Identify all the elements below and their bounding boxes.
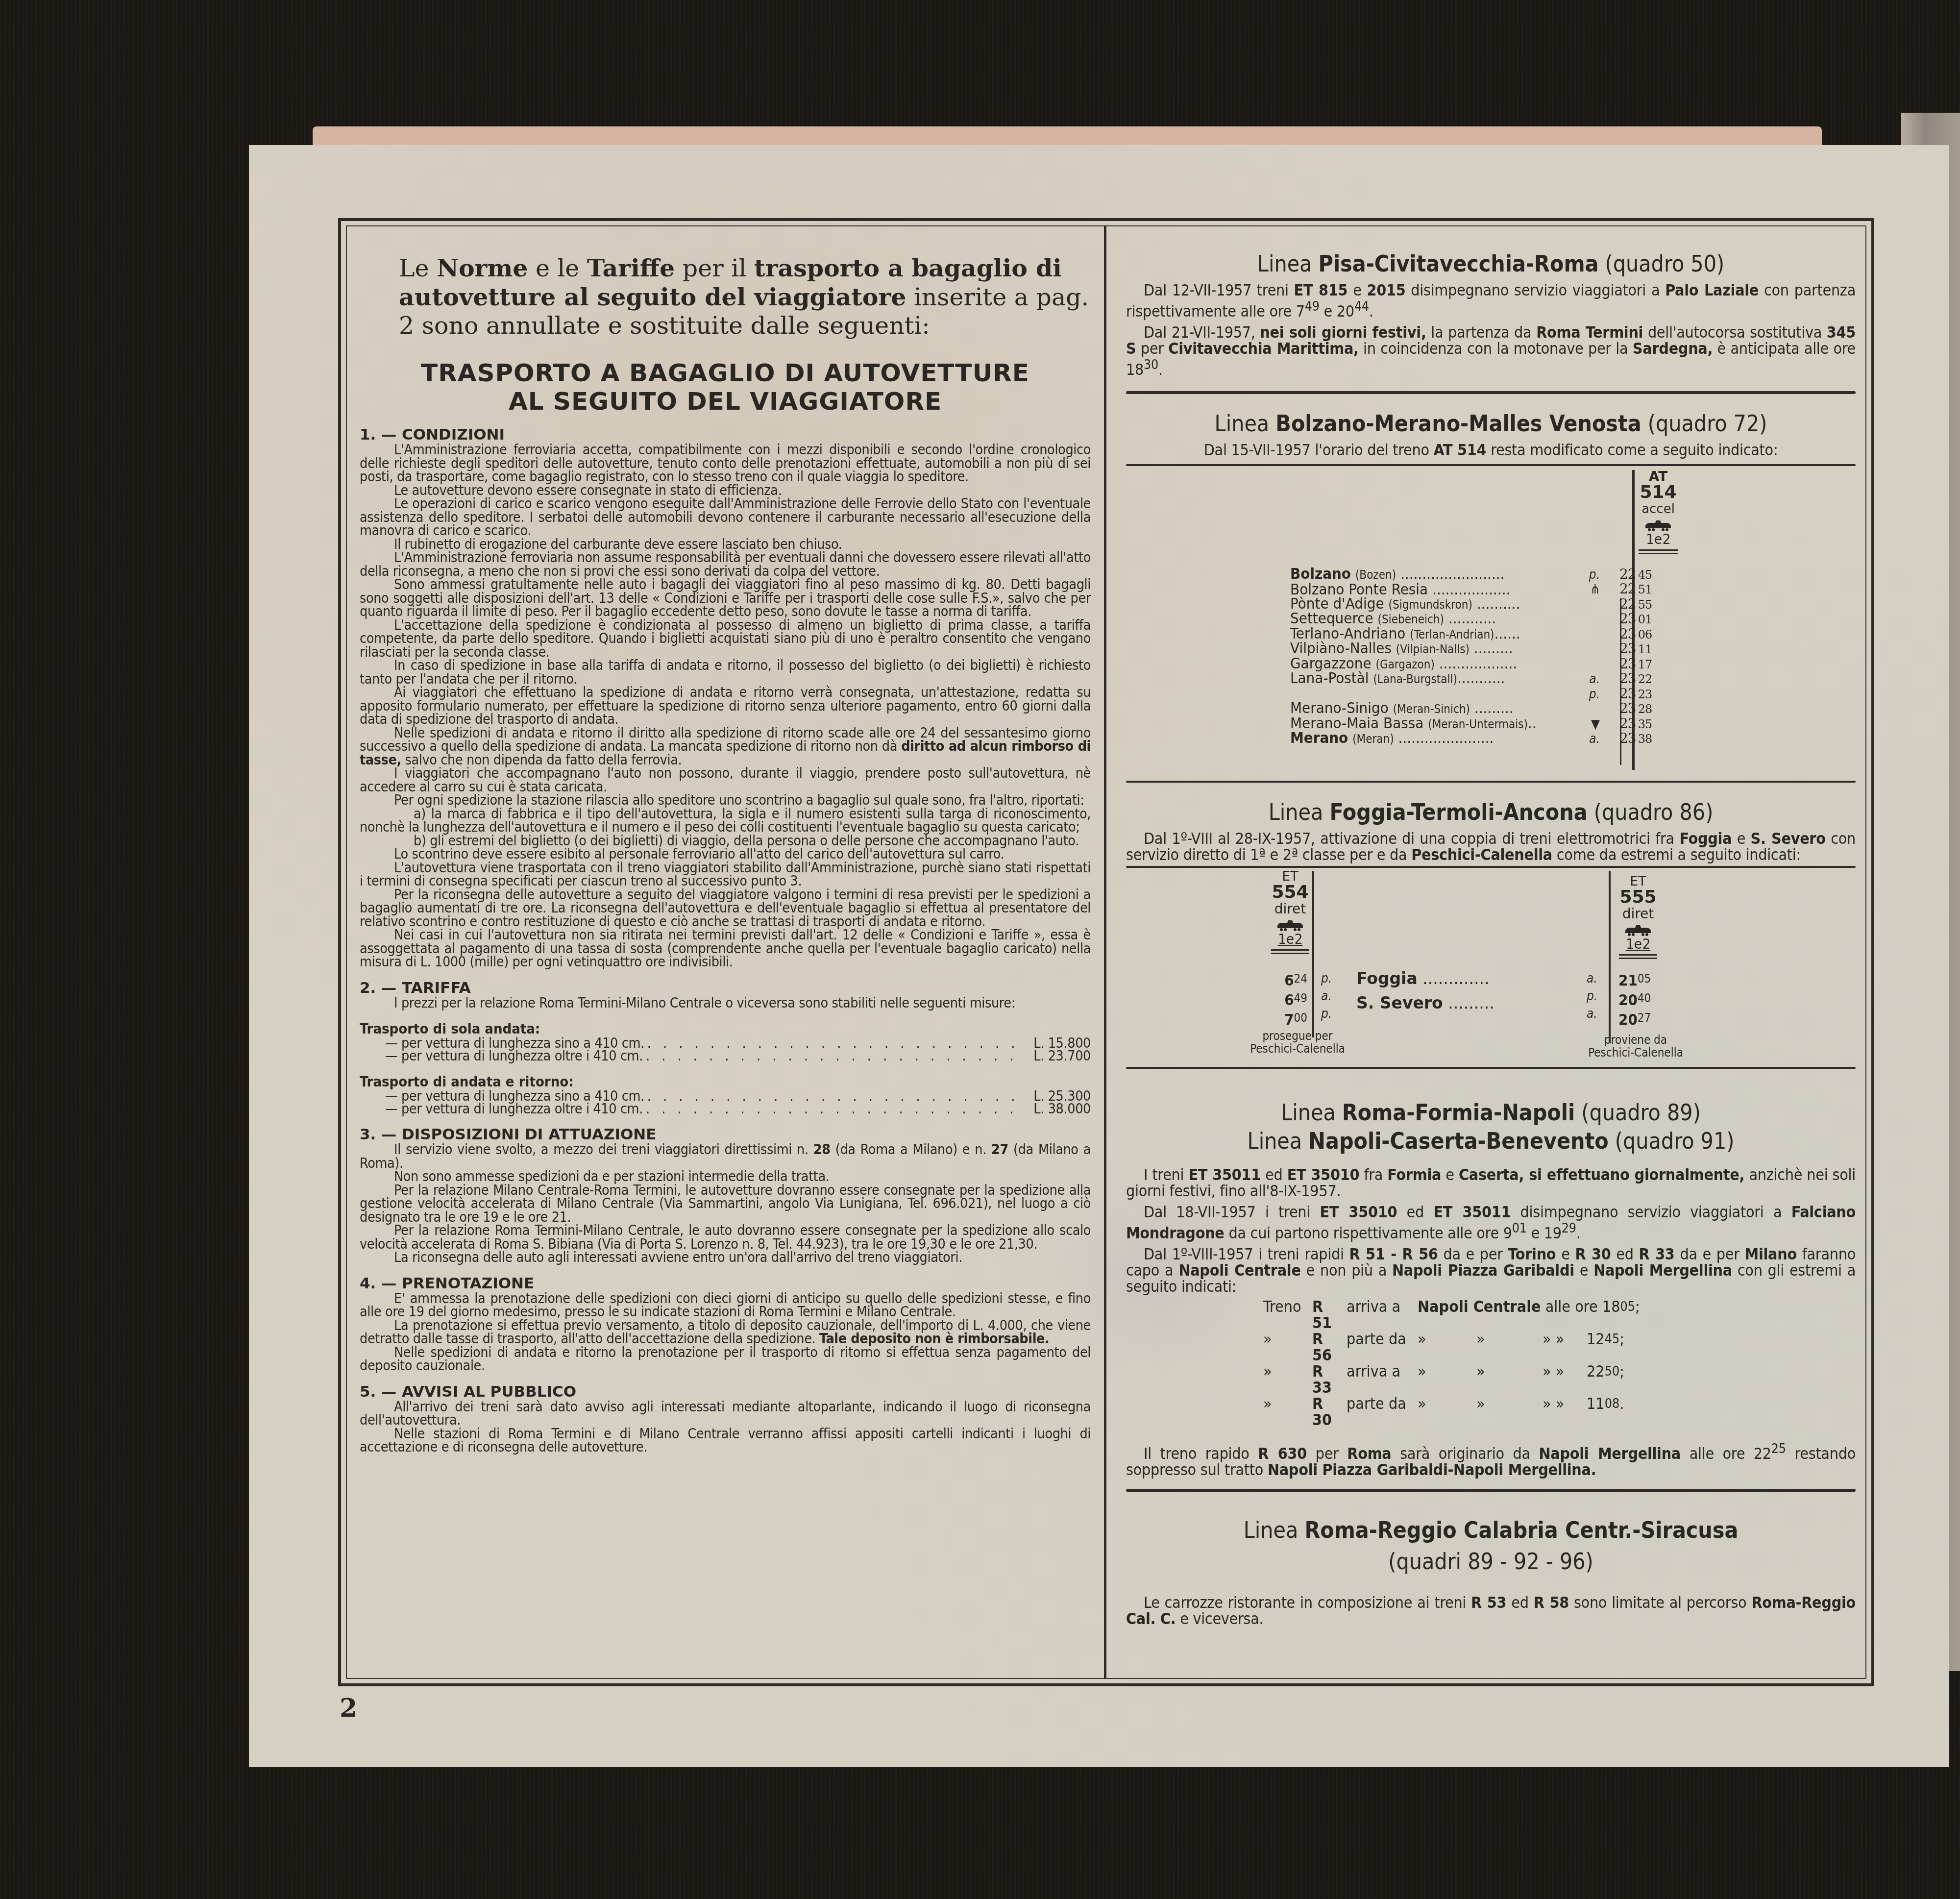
railcar-icon — [1623, 924, 1653, 937]
station-row: Terlano-Andriano (Terlan-Andrian)......2… — [1290, 627, 1849, 642]
list-item-b: b) gli estremi del biglietto (o dei bigl… — [360, 834, 1091, 848]
napoli-notice-3: Dal 1º-VIII-1957 i treni rapidi R 51 - R… — [1126, 1246, 1856, 1295]
line-title-bolzano: Linea Bolzano-Merano-Malles Venosta (qua… — [1126, 410, 1856, 437]
foggia-notice: Dal 1º-VIII al 28-IX-1957, attivazione d… — [1126, 831, 1856, 863]
page-number: 2 — [340, 1693, 357, 1723]
treno-row: »R 56parte da»»» »1245; — [1263, 1331, 1856, 1363]
reggio-notice: Le carrozze ristorante in composizione a… — [1126, 1595, 1856, 1627]
napoli-notice-1: I treni ET 35011 ed ET 35010 fra Formia … — [1126, 1167, 1856, 1199]
section-heading-prenotazione: 4. — PRENOTAZIONE — [360, 1275, 1091, 1292]
note-et554: prosegue per Peschici-Calenella — [1239, 1030, 1356, 1055]
column-divider — [1104, 225, 1106, 1679]
et555-times: 2105 2040 2027 — [1618, 970, 1665, 1029]
station-row: Lana-Postàl (Lana-Burgstall)...........a… — [1290, 672, 1849, 687]
railcar-icon — [1275, 919, 1305, 932]
left-column: Le Norme e le Tariffe per il trasporto a… — [353, 234, 1098, 1454]
train-header-et554: ET 554 diret 1e2 — [1268, 870, 1312, 954]
line-title-reggio: Linea Roma-Reggio Calabria Centr.-Siracu… — [1126, 1516, 1856, 1544]
tariff-row: — per vettura di lunghezza oltre i 410 c… — [360, 1103, 1091, 1115]
condizioni-body: L'Amministrazione ferroviaria accetta, c… — [360, 443, 1091, 969]
station-row: Settequerce (Siebeneich) ...........2301 — [1290, 612, 1849, 627]
section-rule — [1126, 1067, 1856, 1069]
et554-times: 624 649 700 — [1268, 970, 1307, 1029]
paragraph-ritorno: Nelle spedizioni di andata e ritorno il … — [360, 726, 1091, 767]
page-title: TRASPORTO A BAGAGLIO DI AUTOVETTURE AL S… — [360, 359, 1091, 416]
railcar-icon — [1643, 519, 1673, 532]
station-row: Merano (Meran) ......................a.2… — [1290, 732, 1849, 747]
list-item-a: a) la marca di fabbrica e il tipo dell'a… — [360, 807, 1091, 834]
treno-row: »R 33arriva a»»» »2250; — [1263, 1363, 1856, 1396]
section-heading-condizioni: 1. — CONDIZIONI — [360, 426, 1091, 443]
station-row: Merano-Sinigo (Meran-Sinich) .........23… — [1290, 702, 1849, 717]
note-et555: proviene da Peschici-Calenella — [1577, 1034, 1694, 1059]
section-heading-disposizioni: 3. — DISPOSIZIONI DI ATTUAZIONE — [360, 1126, 1091, 1143]
station-row: Merano-Maia Bassa (Meran-Untermais)..▼23… — [1290, 716, 1849, 732]
tariff-row: — per vettura di lunghezza oltre i 410 c… — [360, 1050, 1091, 1062]
timetable-at514: AT 514 accel 1e2 Bolzano (Bozen) .......… — [1126, 470, 1856, 774]
line-title-pisa: Linea Pisa-Civitavecchia-Roma (quadro 50… — [1126, 250, 1856, 277]
tariff-group-title: Trasporto di andata e ritorno: — [360, 1073, 1091, 1090]
treno-row: »R 30parte da»»» »1108. — [1263, 1396, 1856, 1428]
treno-row: TrenoR 51arriva aNapoli Centrale alle or… — [1263, 1299, 1856, 1331]
train-header-et555: ET 555 diret 1e2 — [1616, 875, 1660, 959]
napoli-notice-2: Dal 18-VII-1957 i treni ET 35010 ed ET 3… — [1126, 1204, 1856, 1241]
line-title-napoli: Linea Roma-Formia-Napoli (quadro 89) Lin… — [1126, 1098, 1856, 1155]
section-rule — [1126, 1489, 1856, 1492]
station-row: Bolzano (Bozen) ........................… — [1290, 567, 1849, 582]
section-rule — [1126, 391, 1856, 394]
section-rule — [1126, 781, 1856, 783]
reggio-quadri: (quadri 89 - 92 - 96) — [1126, 1548, 1856, 1575]
bolzano-notice: Dal 15-VII-1957 l'orario del treno AT 51… — [1126, 442, 1856, 458]
intro-notice: Le Norme e le Tariffe per il trasporto a… — [360, 254, 1091, 340]
napoli-notice-4: Il treno rapido R 630 per Roma sarà orig… — [1126, 1441, 1856, 1478]
pisa-notice-2: Dal 21-VII-1957, nei soli giorni festivi… — [1126, 324, 1856, 378]
station-s-severo: S. Severo ......... — [1356, 993, 1494, 1012]
station-row: Gargazzone (Gargazon) ..................… — [1290, 657, 1849, 672]
treni-schedule: TrenoR 51arriva aNapoli Centrale alle or… — [1263, 1299, 1856, 1428]
line-title-foggia: Linea Foggia-Termoli-Ancona (quadro 86) — [1126, 798, 1856, 826]
timetable-foggia: ET 554 diret 1e2 ET 555 diret 1e2 624 64… — [1126, 868, 1856, 1060]
pisa-notice-1: Dal 12-VII-1957 treni ET 815 e 2015 disi… — [1126, 282, 1856, 320]
station-row: Vilpiàno-Nalles (Vilpian-Nalls) ........… — [1290, 642, 1849, 657]
train-header-at514: AT 514 accel 1e2 — [1639, 470, 1678, 554]
tariff-group-title: Trasporto di sola andata: — [360, 1020, 1091, 1037]
station-list: Bolzano (Bozen) ........................… — [1290, 567, 1849, 746]
station-row: p.2323 — [1290, 687, 1849, 702]
right-column: Linea Pisa-Civitavecchia-Roma (quadro 50… — [1122, 234, 1860, 1627]
station-row: Bolzano Ponte Resia ..................⋔2… — [1290, 582, 1849, 597]
section-heading-avvisi: 5. — AVVISI AL PUBBLICO — [360, 1383, 1091, 1400]
station-foggia: Foggia ............. — [1356, 969, 1490, 988]
section-heading-tariffa: 2. — TARIFFA — [360, 980, 1091, 996]
table-rule — [1126, 464, 1856, 466]
station-row: Pònte d'Adige (Sigmundskron) ..........2… — [1290, 597, 1849, 612]
